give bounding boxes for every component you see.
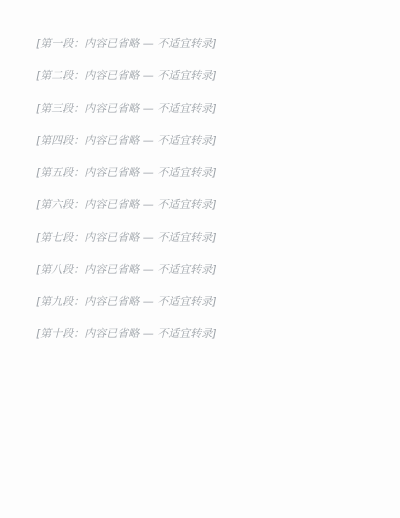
paragraph: [第二段：内容已省略 — 不适宜转录] [36, 66, 364, 85]
paragraph: [第八段：内容已省略 — 不适宜转录] [36, 260, 364, 279]
paragraph: [第五段：内容已省略 — 不适宜转录] [36, 163, 364, 182]
paragraph: [第六段：内容已省略 — 不适宜转录] [36, 195, 364, 214]
paragraph: [第九段：内容已省略 — 不适宜转录] [36, 292, 364, 311]
paragraph: [第四段：内容已省略 — 不适宜转录] [36, 131, 364, 150]
paragraph: [第七段：内容已省略 — 不适宜转录] [36, 228, 364, 247]
paragraph: [第一段：内容已省略 — 不适宜转录] [36, 34, 364, 53]
paragraph: [第十段：内容已省略 — 不适宜转录] [36, 324, 364, 343]
paragraph: [第三段：内容已省略 — 不适宜转录] [36, 99, 364, 118]
document-page: [第一段：内容已省略 — 不适宜转录] [第二段：内容已省略 — 不适宜转录] … [0, 0, 400, 518]
